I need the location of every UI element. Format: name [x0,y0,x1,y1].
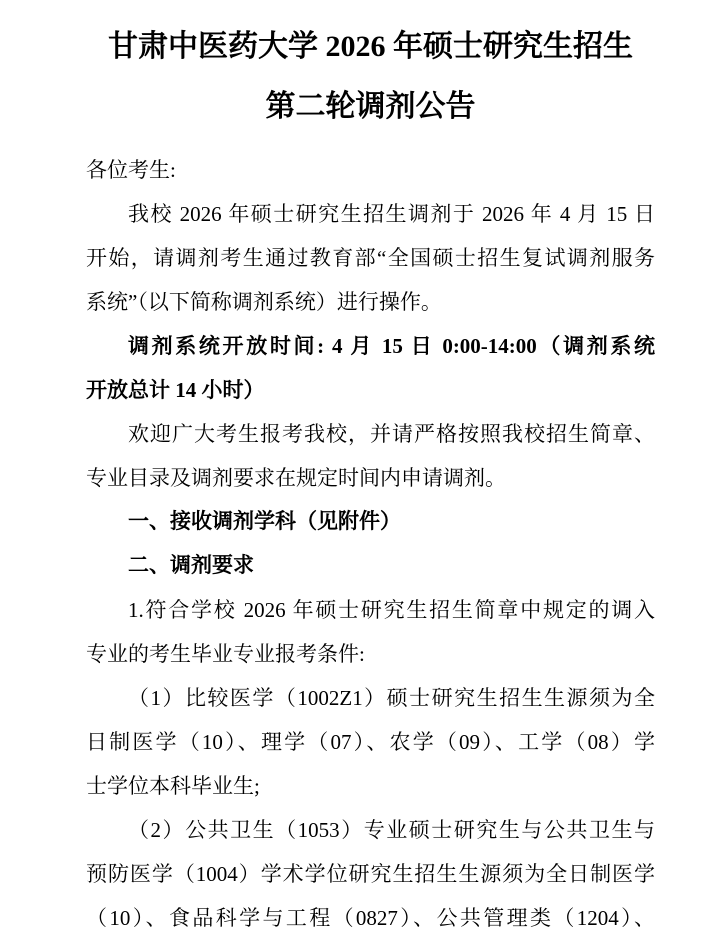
section-2-heading: 二、调剂要求 [86,544,655,588]
document-body: 各位考生:我校 2026 年硕士研究生招生调剂于 2026 年 4 月 15 日… [86,148,655,938]
salutation: 各位考生: [86,148,655,192]
title-line-2: 第二轮调剂公告 [86,77,655,137]
text-line: 各位考生: [86,148,655,192]
welcome-paragraph: 欢迎广大考生报考我校，并请严格按照我校招生简章、专业目录及调剂要求在规定时间内申… [86,412,655,500]
text-line: （2）公共卫生（1053）专业硕士研究生与公共卫生与 [86,808,655,852]
requirement-1-item-1: （1）比较医学（1002Z1）硕士研究生招生生源须为全日制医学（10）、理学（0… [86,676,655,808]
text-line: 预防医学（1004）学术学位研究生招生生源须为全日制医学 [86,852,655,896]
text-line: 调剂系统开放时间: 4 月 15 日 0:00-14:00（调剂系统 [86,324,655,368]
intro-paragraph: 我校 2026 年硕士研究生招生调剂于 2026 年 4 月 15 日开始，请调… [86,192,655,324]
document-title: 甘肃中医药大学 2026 年硕士研究生招生 第二轮调剂公告 [86,17,655,137]
text-line: 专业的考生毕业专业报考条件: [86,632,655,676]
section-1-heading: 一、接收调剂学科（见附件） [86,500,655,544]
system-open-time: 调剂系统开放时间: 4 月 15 日 0:00-14:00（调剂系统开放总计 1… [86,324,655,412]
text-line: （1）比较医学（1002Z1）硕士研究生招生生源须为全 [86,676,655,720]
text-line: 二、调剂要求 [86,544,655,588]
text-line: 日制医学（10）、理学（07）、农学（09）、工学（08）学 [86,720,655,764]
text-line: 开始，请调剂考生通过教育部“全国硕士招生复试调剂服务 [86,236,655,280]
title-line-1: 甘肃中医药大学 2026 年硕士研究生招生 [86,17,655,77]
text-line: 开放总计 14 小时） [86,368,655,412]
text-line: （10）、食品科学与工程（0827）、公共管理类（1204）、 [86,896,655,938]
text-line: 1.符合学校 2026 年硕士研究生招生简章中规定的调入 [86,588,655,632]
requirement-1-item-2: （2）公共卫生（1053）专业硕士研究生与公共卫生与预防医学（1004）学术学位… [86,808,655,938]
text-line: 系统”（以下简称调剂系统）进行操作。 [86,280,655,324]
requirement-1: 1.符合学校 2026 年硕士研究生招生简章中规定的调入专业的考生毕业专业报考条… [86,588,655,676]
text-line: 欢迎广大考生报考我校，并请严格按照我校招生简章、 [86,412,655,456]
document-page: 甘肃中医药大学 2026 年硕士研究生招生 第二轮调剂公告 各位考生:我校 20… [0,0,717,938]
text-line: 一、接收调剂学科（见附件） [86,500,655,544]
text-line: 士学位本科毕业生; [86,764,655,808]
text-line: 我校 2026 年硕士研究生招生调剂于 2026 年 4 月 15 日 [86,192,655,236]
text-line: 专业目录及调剂要求在规定时间内申请调剂。 [86,456,655,500]
